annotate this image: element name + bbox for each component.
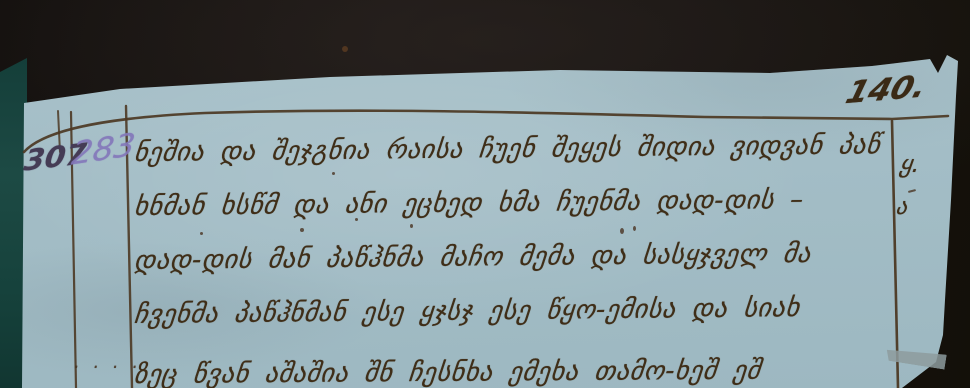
- ink-speck: [633, 226, 636, 231]
- ink-speck: [410, 224, 413, 228]
- page-number: 140.: [842, 69, 931, 112]
- ink-speck: [332, 172, 335, 175]
- left-margin-dots: . . . .: [74, 352, 142, 373]
- ink-speck: [300, 228, 304, 232]
- ink-speck: [200, 232, 203, 235]
- ink-speck: [620, 228, 624, 234]
- ink-speck: [342, 46, 348, 52]
- ink-speck: [355, 218, 358, 221]
- right-margin-mark-1: ყ.: [898, 150, 922, 178]
- scanned-manuscript-page: 140. 307 283 ნეშია და შეჯგნია რაისა ჩუენ…: [0, 0, 970, 388]
- right-rule: [892, 121, 898, 388]
- handwritten-line-5: ზეც წვან აშაშია შნ ჩესნხა ემეხა თამო-ხეშ…: [133, 356, 763, 388]
